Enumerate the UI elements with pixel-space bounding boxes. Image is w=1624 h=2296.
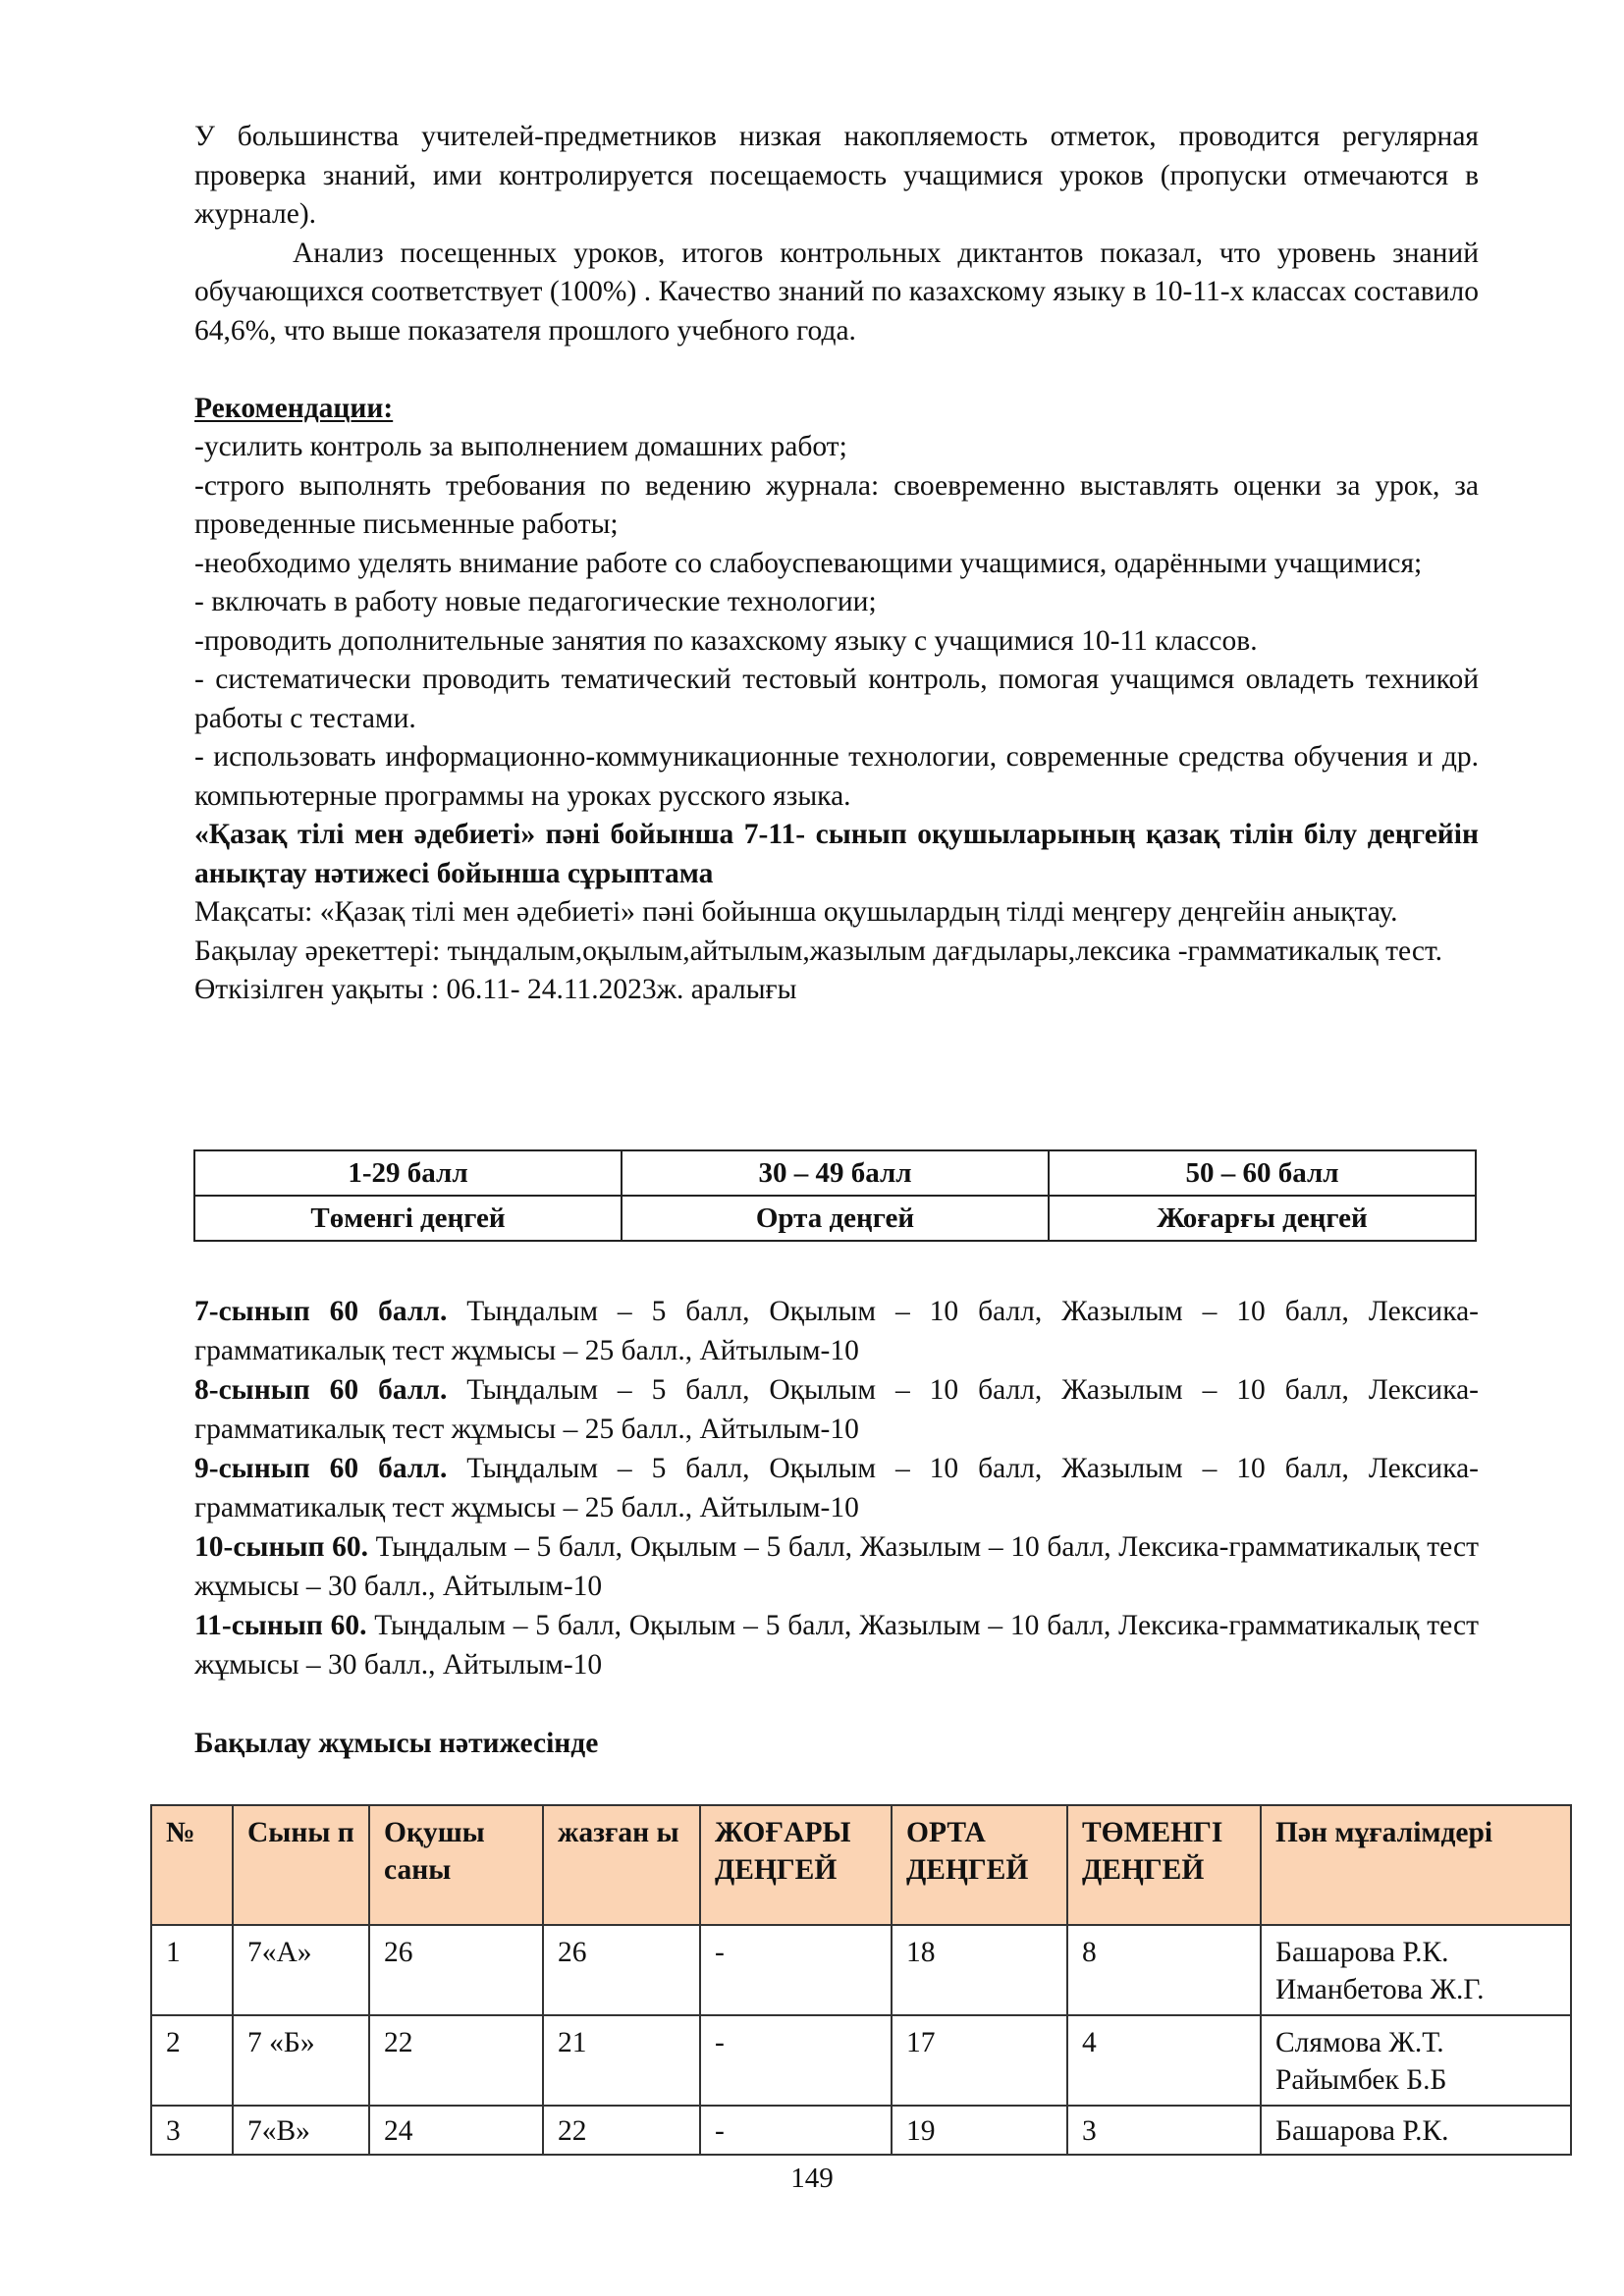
kazakh-section-period: Өткізілген уақыты : 06.11- 24.11.2023ж. … bbox=[194, 971, 1479, 1010]
teacher-name: Райымбек Б.Б bbox=[1275, 2061, 1556, 2099]
page-number: 149 bbox=[0, 2163, 1624, 2195]
class-name: 7«А» bbox=[233, 1925, 369, 2015]
teachers: Башарова Р.К.Иманбетова Ж.Г. bbox=[1261, 1925, 1571, 2015]
row-number: 3 bbox=[151, 2106, 233, 2155]
wrote-count: 26 bbox=[543, 1925, 700, 2015]
row-number: 1 bbox=[151, 1925, 233, 2015]
student-count: 22 bbox=[369, 2015, 543, 2106]
class-name: 7 «Б» bbox=[233, 2015, 369, 2106]
recommendation-item: - включать в работу новые педагогические… bbox=[194, 583, 1479, 622]
table-row: 2 7 «Б» 22 21 - 17 4 Слямова Ж.Т.Райымбе… bbox=[151, 2015, 1571, 2106]
recommendation-item: -строго выполнять требования по ведению … bbox=[194, 467, 1479, 545]
column-header: ТӨМЕНГІ ДЕҢГЕЙ bbox=[1067, 1805, 1261, 1925]
body-text: У большинства учителей-предметников низк… bbox=[194, 118, 1479, 1010]
table-row: 1 7«А» 26 26 - 18 8 Башарова Р.К.Иманбет… bbox=[151, 1925, 1571, 2015]
score-range-cell: 1-29 балл bbox=[194, 1150, 622, 1196]
teacher-name: Слямова Ж.Т. bbox=[1275, 2024, 1556, 2061]
grade-breakdown: 7-сынып 60 балл. Тыңдалым – 5 балл, Оқыл… bbox=[194, 1292, 1479, 1684]
column-header: ЖОҒАРЫ ДЕҢГЕЙ bbox=[700, 1805, 892, 1925]
table-row: 3 7«В» 24 22 - 19 3 Башарова Р.К. bbox=[151, 2106, 1571, 2155]
low-level: 3 bbox=[1067, 2106, 1261, 2155]
intro-paragraph-2: Анализ посещенных уроков, итогов контрол… bbox=[194, 235, 1479, 351]
score-level-cell: Жоғарғы деңгей bbox=[1049, 1196, 1476, 1241]
class-name: 7«В» bbox=[233, 2106, 369, 2155]
column-header: жазған ы bbox=[543, 1805, 700, 1925]
middle-level: 19 bbox=[892, 2106, 1067, 2155]
teacher-name: Башарова Р.К. bbox=[1275, 1934, 1556, 1971]
kazakh-section-goal: Мақсаты: «Қазақ тілі мен әдебиеті» пәні … bbox=[194, 893, 1479, 933]
results-heading: Бақылау жұмысы нәтижесінде bbox=[194, 1728, 598, 1760]
score-level-cell: Орта деңгей bbox=[622, 1196, 1049, 1241]
row-number: 2 bbox=[151, 2015, 233, 2106]
recommendation-item: -необходимо уделять внимание работе со с… bbox=[194, 545, 1479, 584]
intro-paragraph-1: У большинства учителей-предметников низк… bbox=[194, 118, 1479, 235]
recommendation-item: -усилить контроль за выполнением домашни… bbox=[194, 428, 1479, 467]
grade-breakdown-item: 7-сынып 60 балл. Тыңдалым – 5 балл, Оқыл… bbox=[194, 1292, 1479, 1370]
high-level: - bbox=[700, 1925, 892, 2015]
score-range-cell: 50 – 60 балл bbox=[1049, 1150, 1476, 1196]
high-level: - bbox=[700, 2106, 892, 2155]
grade-breakdown-item: 8-сынып 60 балл. Тыңдалым – 5 балл, Оқыл… bbox=[194, 1370, 1479, 1449]
grade-label: 7-сынып 60 балл. bbox=[194, 1296, 447, 1327]
recommendation-item: - использовать информационно-коммуникаци… bbox=[194, 738, 1479, 816]
wrote-count: 21 bbox=[543, 2015, 700, 2106]
results-table: № Сыны п Оқушы саны жазған ы ЖОҒАРЫ ДЕҢГ… bbox=[150, 1804, 1572, 2156]
grade-breakdown-item: 11-сынып 60. Тыңдалым – 5 балл, Оқылым –… bbox=[194, 1606, 1479, 1684]
score-levels-row: Төменгі деңгей Орта деңгей Жоғарғы деңге… bbox=[194, 1196, 1476, 1241]
teacher-name: Иманбетова Ж.Г. bbox=[1275, 1971, 1556, 2008]
column-header: ОРТА ДЕҢГЕЙ bbox=[892, 1805, 1067, 1925]
score-level-cell: Төменгі деңгей bbox=[194, 1196, 622, 1241]
teacher-name: Башарова Р.К. bbox=[1275, 2112, 1556, 2150]
student-count: 24 bbox=[369, 2106, 543, 2155]
middle-level: 18 bbox=[892, 1925, 1067, 2015]
high-level: - bbox=[700, 2015, 892, 2106]
document-page: У большинства учителей-предметников низк… bbox=[0, 0, 1624, 2296]
kazakh-section-title: «Қазақ тілі мен әдебиеті» пәні бойынша 7… bbox=[194, 816, 1479, 893]
low-level: 4 bbox=[1067, 2015, 1261, 2106]
wrote-count: 22 bbox=[543, 2106, 700, 2155]
grade-text: Тыңдалым – 5 балл, Оқылым – 5 балл, Жазы… bbox=[194, 1610, 1479, 1681]
teachers: Башарова Р.К. bbox=[1261, 2106, 1571, 2155]
grade-label: 10-сынып 60. bbox=[194, 1531, 368, 1563]
score-range-cell: 30 – 49 балл bbox=[622, 1150, 1049, 1196]
column-header: Оқушы саны bbox=[369, 1805, 543, 1925]
middle-level: 17 bbox=[892, 2015, 1067, 2106]
column-header: Сыны п bbox=[233, 1805, 369, 1925]
results-header-row: № Сыны п Оқушы саны жазған ы ЖОҒАРЫ ДЕҢГ… bbox=[151, 1805, 1571, 1925]
grade-breakdown-item: 10-сынып 60. Тыңдалым – 5 балл, Оқылым –… bbox=[194, 1527, 1479, 1606]
column-header: № bbox=[151, 1805, 233, 1925]
recommendations-heading: Рекомендации: bbox=[194, 390, 1479, 429]
grade-text: Тыңдалым – 5 балл, Оқылым – 5 балл, Жазы… bbox=[194, 1531, 1479, 1602]
score-ranges-row: 1-29 балл 30 – 49 балл 50 – 60 балл bbox=[194, 1150, 1476, 1196]
low-level: 8 bbox=[1067, 1925, 1261, 2015]
grade-label: 9-сынып 60 балл. bbox=[194, 1453, 447, 1484]
student-count: 26 bbox=[369, 1925, 543, 2015]
kazakh-section-activities: Бақылау әрекеттері: тыңдалым,оқылым,айты… bbox=[194, 933, 1479, 972]
recommendation-item: - систематически проводить тематический … bbox=[194, 661, 1479, 738]
grade-label: 11-сынып 60. bbox=[194, 1610, 367, 1641]
teachers: Слямова Ж.Т.Райымбек Б.Б bbox=[1261, 2015, 1571, 2106]
grade-breakdown-item: 9-сынып 60 балл. Тыңдалым – 5 балл, Оқыл… bbox=[194, 1449, 1479, 1527]
recommendation-item: -проводить дополнительные занятия по каз… bbox=[194, 622, 1479, 662]
grade-label: 8-сынып 60 балл. bbox=[194, 1374, 447, 1406]
score-levels-table: 1-29 балл 30 – 49 балл 50 – 60 балл Төме… bbox=[193, 1149, 1477, 1242]
column-header: Пән мұғалімдері bbox=[1261, 1805, 1571, 1925]
